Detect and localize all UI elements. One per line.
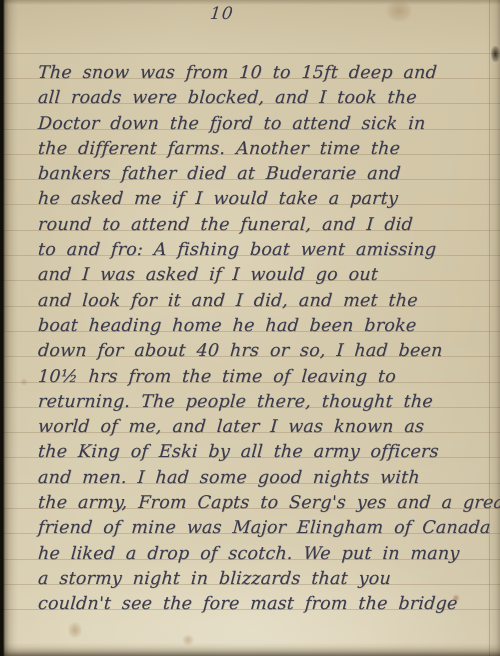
binding-edge: [0, 0, 18, 656]
ruled-line-row: the different farms. Another time the: [0, 130, 500, 155]
ruled-line-row: The snow was from 10 to 15ft deep and: [0, 54, 500, 79]
ruled-line-row: round to attend the funeral, and I did: [0, 205, 500, 230]
ruled-line-row: and I was asked if I would go out: [0, 256, 500, 281]
paper-stain: [68, 622, 82, 638]
page-number: 10: [209, 4, 235, 24]
ruled-line-row: the King of Eski by all the army officer…: [0, 433, 500, 458]
page-top-edge: [0, 0, 500, 5]
ruled-line-row: world of me, and later I was known as: [0, 408, 500, 433]
page-bottom-edge: [0, 643, 500, 656]
ruled-line-row: a stormy night in blizzards that you: [0, 560, 500, 585]
ruled-line-row: returning. The people there, thought the: [0, 383, 500, 408]
ruled-line-row: and look for it and I did, and met the: [0, 281, 500, 306]
ruled-line-row: all roads were blocked, and I took the: [0, 79, 500, 104]
ruled-line-row: couldn't see the fore mast from the brid…: [0, 585, 500, 610]
ruled-line-row: the army, From Capts to Serg's yes and a…: [0, 484, 500, 509]
ruled-line-row: friend of mine was Major Elingham of Can…: [0, 509, 500, 534]
handwritten-line-text: couldn't see the fore mast from the brid…: [37, 594, 458, 614]
ruled-line-row: Doctor down the fjord to attend sick in: [0, 104, 500, 129]
ruled-line-row: he asked me if I would take a party: [0, 180, 500, 205]
ruled-line-row: to and fro: A fishing boat went amissing: [0, 231, 500, 256]
ruled-line-row: bankers father died at Buderarie and: [0, 155, 500, 180]
ruled-line-row: 10½ hrs from the time of leaving to: [0, 357, 500, 382]
ruled-line-row: [0, 28, 500, 53]
ruled-line-row: and men. I had some good nights with: [0, 458, 500, 483]
handwriting-area: The snow was from 10 to 15ft deep andall…: [0, 28, 500, 610]
ruled-line-row: boat heading home he had been broke: [0, 307, 500, 332]
ruled-line-row: he liked a drop of scotch. We put in man…: [0, 534, 500, 559]
page-right-edge-line: [489, 0, 490, 656]
ruled-line-row: down for about 40 hrs or so, I had been: [0, 332, 500, 357]
notebook-page: 10 The snow was from 10 to 15ft deep and…: [0, 0, 500, 656]
